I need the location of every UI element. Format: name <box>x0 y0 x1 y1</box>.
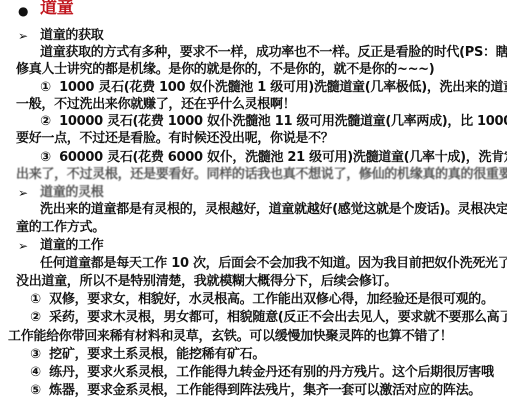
list-item-cont: 出来了，不过灵根，还是要看好。同样的话我也真不想说了，修仙的机缘真的真的很重要 <box>16 167 507 183</box>
paragraph-line: 童的工作方式。 <box>16 220 105 236</box>
bullet-icon: ● <box>18 4 28 18</box>
list-item: ③ 挖矿，要求土系灵根，能挖稀有矿石。 <box>30 347 265 363</box>
list-item: ③ 60000 灵石(花费 6000 奴仆，洗髓池 21 级可用)洗髓道童(几率… <box>40 150 507 166</box>
list-item: ② 采药，要求木灵根，男女都可，相貌随意(反正不会出去见人，要求就不要那么高了)… <box>30 310 507 326</box>
list-item: ② 10000 灵石(花费 1000 奴仆洗髓池 11 级可用洗髓道童(几率两成… <box>40 114 507 130</box>
list-item: ① 双修，要求女，相貌好，水灵根高。工作能出双修心得，加经验还是很可观的。 <box>30 292 494 308</box>
section-heading-acquire: 道童的获取 <box>40 28 104 44</box>
arrow-icon: ➢ <box>18 186 28 200</box>
list-item-cont: 一般，不过洗出来你就赚了，还在乎什么灵根啊！ <box>16 97 295 113</box>
list-item-cont: 要好一点，不过还是看脸。有时候还没出呢，你说是不？ <box>16 131 334 147</box>
section-heading-roots: 道童的灵根 <box>40 185 104 201</box>
arrow-icon: ➢ <box>18 239 28 253</box>
paragraph-line: 洗出来的道童都是有灵根的，灵根越好，道童就越好(感觉这就是个废话)。灵根决定道 <box>40 202 507 218</box>
list-item: ④ 练丹，要求火系灵根，工作能得九转金丹还有别的丹方残片。这个后期很厉害哦 <box>30 365 494 381</box>
paragraph-line: 没出道童，所以不是特别清楚，我就模糊大概得分下，后续会修订。 <box>16 274 397 290</box>
document-page: ● 道童 ➢ 道童的获取 道童获取的方式有多种，要求不一样，成功率也不一样。反正… <box>0 0 507 399</box>
paragraph-line: 修真人士讲究的都是机缘。是你的就是你的，不是你的，就不是你的~~~) <box>16 62 434 78</box>
list-item: ⑤ 炼器，要求金系灵根，工作能得到阵法残片，集齐一套可以激活对应的阵法。 <box>30 383 481 399</box>
page-title: 道童 <box>40 0 73 16</box>
paragraph-line: 道童获取的方式有多种，要求不一样，成功率也不一样。反正是看脸的时代(PS：瞎说， <box>40 45 507 61</box>
arrow-icon: ➢ <box>18 29 28 43</box>
list-item: ① 1000 灵石(花费 100 奴仆洗髓池 1 级可用)洗髓道童(几率极低)，… <box>40 80 507 96</box>
section-heading-work: 道童的工作 <box>40 238 104 254</box>
paragraph-line: 任何道童都是每天工作 10 次，后面会不会加我不知道。因为我目前把奴仆洗死光了都 <box>40 256 507 272</box>
list-item-cont: 工作能给你带回来稀有材料和灵草，玄铁。可以缓慢加快聚灵阵的也算不错了！ <box>8 329 453 345</box>
